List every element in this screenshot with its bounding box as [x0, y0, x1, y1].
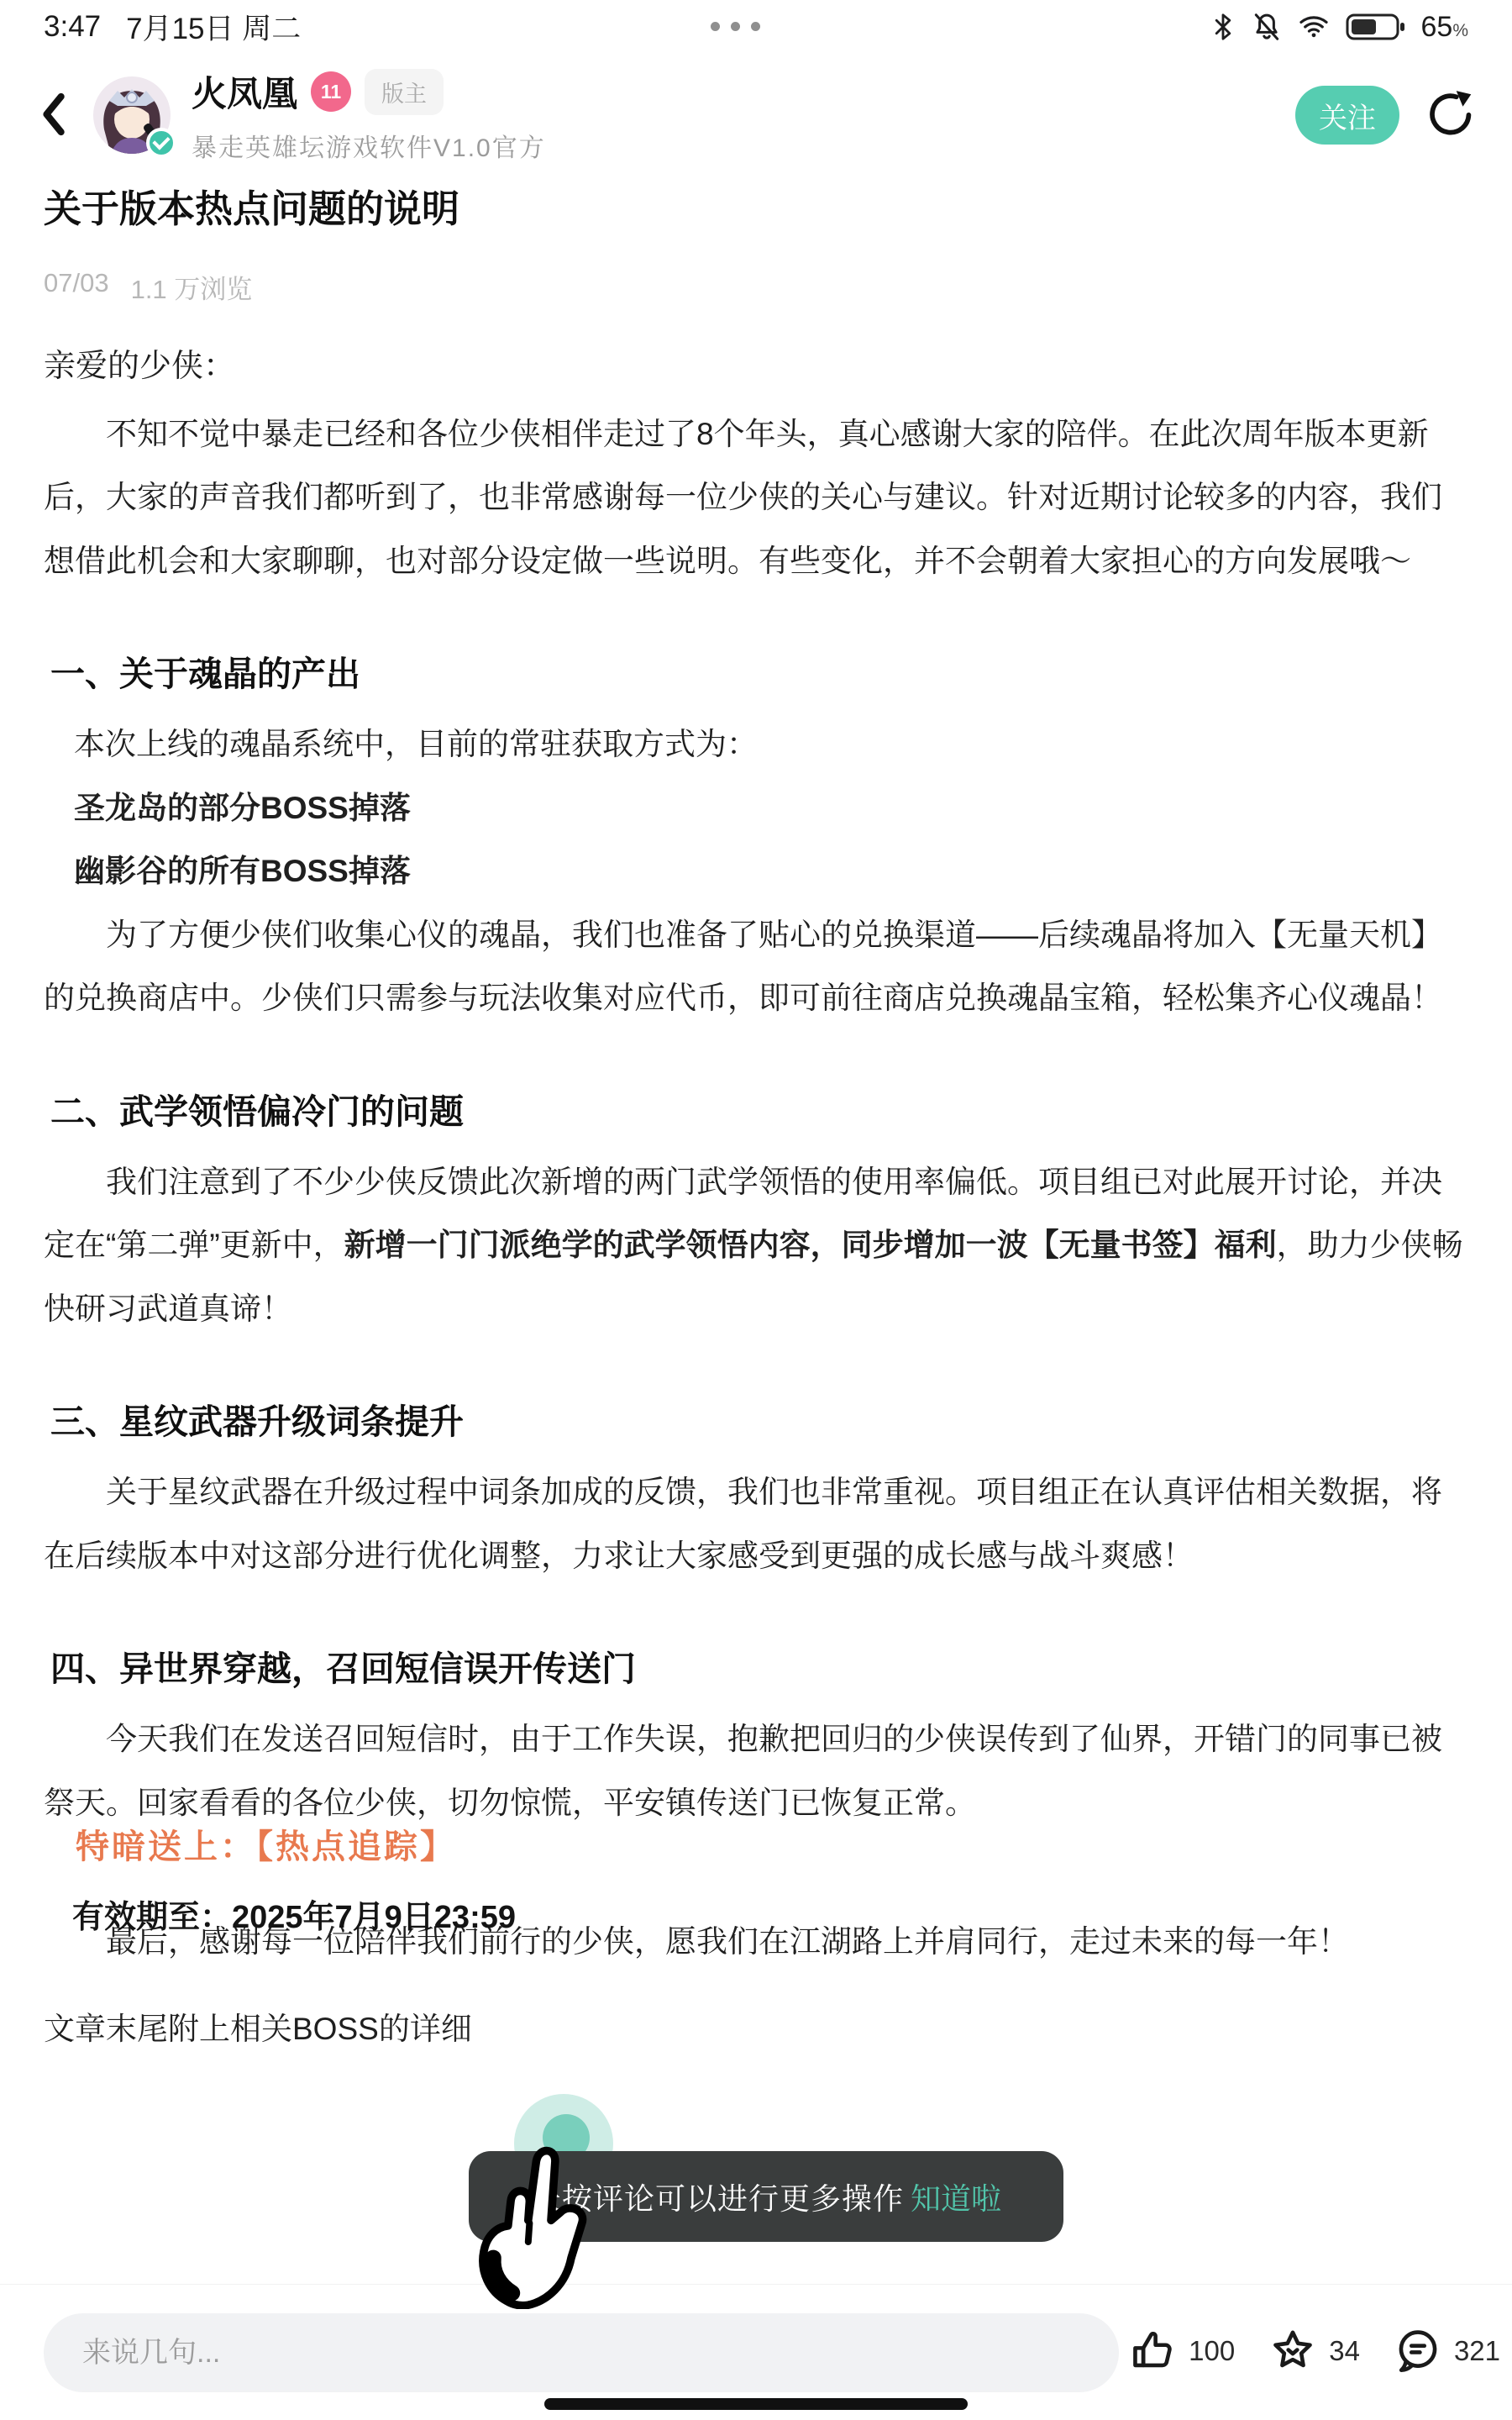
comment-count: 321	[1454, 2335, 1500, 2367]
mute-bell-icon	[1251, 11, 1283, 43]
share-button[interactable]	[1425, 88, 1477, 143]
section-1-heading: 一、关于魂晶的产出	[50, 646, 1468, 696]
status-date: 7月15日 周二	[126, 6, 301, 48]
app-screen: 3:47 7月15日 周二	[0, 0, 1512, 2420]
like-button[interactable]: 100	[1128, 2327, 1235, 2375]
star-icon	[1268, 2327, 1317, 2375]
favorite-button[interactable]: 34	[1268, 2327, 1360, 2375]
status-bar: 3:47 7月15日 周二	[0, 0, 1512, 54]
level-badge: 11	[311, 71, 351, 112]
validity-line: 有效期至：2025年7月9日23:59	[72, 1891, 516, 1937]
section-2-paragraph: 我们注意到了不少少侠反馈此次新增的两门武学领悟的使用率偏低。项目组已对此展开讨论…	[44, 1150, 1468, 1340]
section-1-paragraph-2: 为了方便少侠们收集心仪的魂晶，我们也准备了贴心的兑换渠道——后续魂晶将加入【无量…	[44, 903, 1468, 1030]
bluetooth-icon	[1209, 11, 1237, 43]
section-3-heading: 三、星纹武器升级词条提升	[50, 1394, 1468, 1444]
user-subtitle: 暴走英雄坛游戏软件V1.0官方	[192, 127, 546, 164]
dot	[711, 22, 720, 31]
follow-button[interactable]: 关注	[1295, 86, 1399, 145]
section-3-paragraph: 关于星纹武器在升级过程中词条加成的反馈，我们也非常重视。项目组正在认真评估相关数…	[44, 1460, 1468, 1587]
view-count: 1.1 万浏览	[131, 268, 253, 306]
post-date: 07/03	[44, 268, 109, 306]
back-button[interactable]	[35, 87, 74, 144]
section-1-bold-line-1: 圣龙岛的部分BOSS掉落	[74, 776, 1468, 839]
section-2-heading: 二、武学领悟偏冷门的问题	[50, 1084, 1468, 1134]
section-4-heading: 四、异世界穿越，召回短信误开传送门	[50, 1641, 1468, 1691]
battery-percent: 65%	[1420, 10, 1468, 44]
camera-cutout-dots	[711, 22, 760, 31]
section-2-bold-text: 新增一门门派绝学的武学领悟内容，同步增加一波【无量书签】福利	[344, 1228, 1277, 1262]
section-1-bold-line-2: 幽影谷的所有BOSS掉落	[74, 839, 1468, 902]
post-header: 火凤凰 11 版主 暴走英雄坛游戏软件V1.0官方 关注	[0, 62, 1512, 168]
comment-bubble-icon	[1394, 2327, 1442, 2375]
page-title: 关于版本热点问题的说明	[44, 178, 1468, 233]
avatar[interactable]	[92, 76, 171, 155]
favorite-count: 34	[1329, 2335, 1360, 2367]
like-count: 100	[1189, 2335, 1235, 2367]
dot	[731, 22, 740, 31]
thumbs-up-icon	[1128, 2327, 1177, 2375]
toast-dismiss-button[interactable]: 知道啦	[911, 2175, 1001, 2218]
dot	[751, 22, 760, 31]
home-indicator[interactable]	[544, 2398, 968, 2410]
footer-note: 文章末尾附上相关BOSS的详细	[44, 2003, 472, 2049]
user-info: 火凤凰 11 版主 暴走英雄坛游戏软件V1.0官方	[192, 66, 546, 164]
battery-icon	[1345, 12, 1407, 42]
status-time: 3:47	[44, 10, 101, 44]
post-meta: 07/03 1.1 万浏览	[44, 268, 1468, 306]
intro-paragraph: 不知不觉中暴走已经和各位少侠相伴走过了8个年头，真心感谢大家的陪伴。在此次周年版…	[44, 402, 1468, 592]
section-4-paragraph: 今天我们在发送召回短信时，由于工作失误，抱歉把回归的少侠误传到了仙界，开错门的同…	[44, 1707, 1468, 1834]
section-1-paragraph: 本次上线的魂晶系统中，目前的常驻获取方式为：	[74, 713, 1468, 776]
article-body: 关于版本热点问题的说明 07/03 1.1 万浏览 亲爱的少侠： 不知不觉中暴走…	[0, 178, 1512, 1974]
comment-input[interactable]	[44, 2313, 1119, 2392]
moderator-badge: 版主	[365, 69, 444, 115]
footer-actions: 100 34 321	[1128, 2327, 1500, 2375]
username[interactable]: 火凤凰	[192, 66, 297, 117]
comments-button[interactable]: 321	[1394, 2327, 1500, 2375]
status-right: 65%	[1209, 10, 1468, 44]
share-icon	[1425, 88, 1477, 140]
wifi-icon	[1296, 11, 1331, 43]
greeting-line: 亲爱的少侠：	[44, 339, 1468, 386]
verified-badge-icon	[146, 128, 176, 158]
status-left: 3:47 7月15日 周二	[44, 6, 301, 48]
hand-gesture-icon	[464, 2134, 612, 2313]
promo-heading: 特暗送上：【热点追踪】	[76, 1820, 456, 1868]
